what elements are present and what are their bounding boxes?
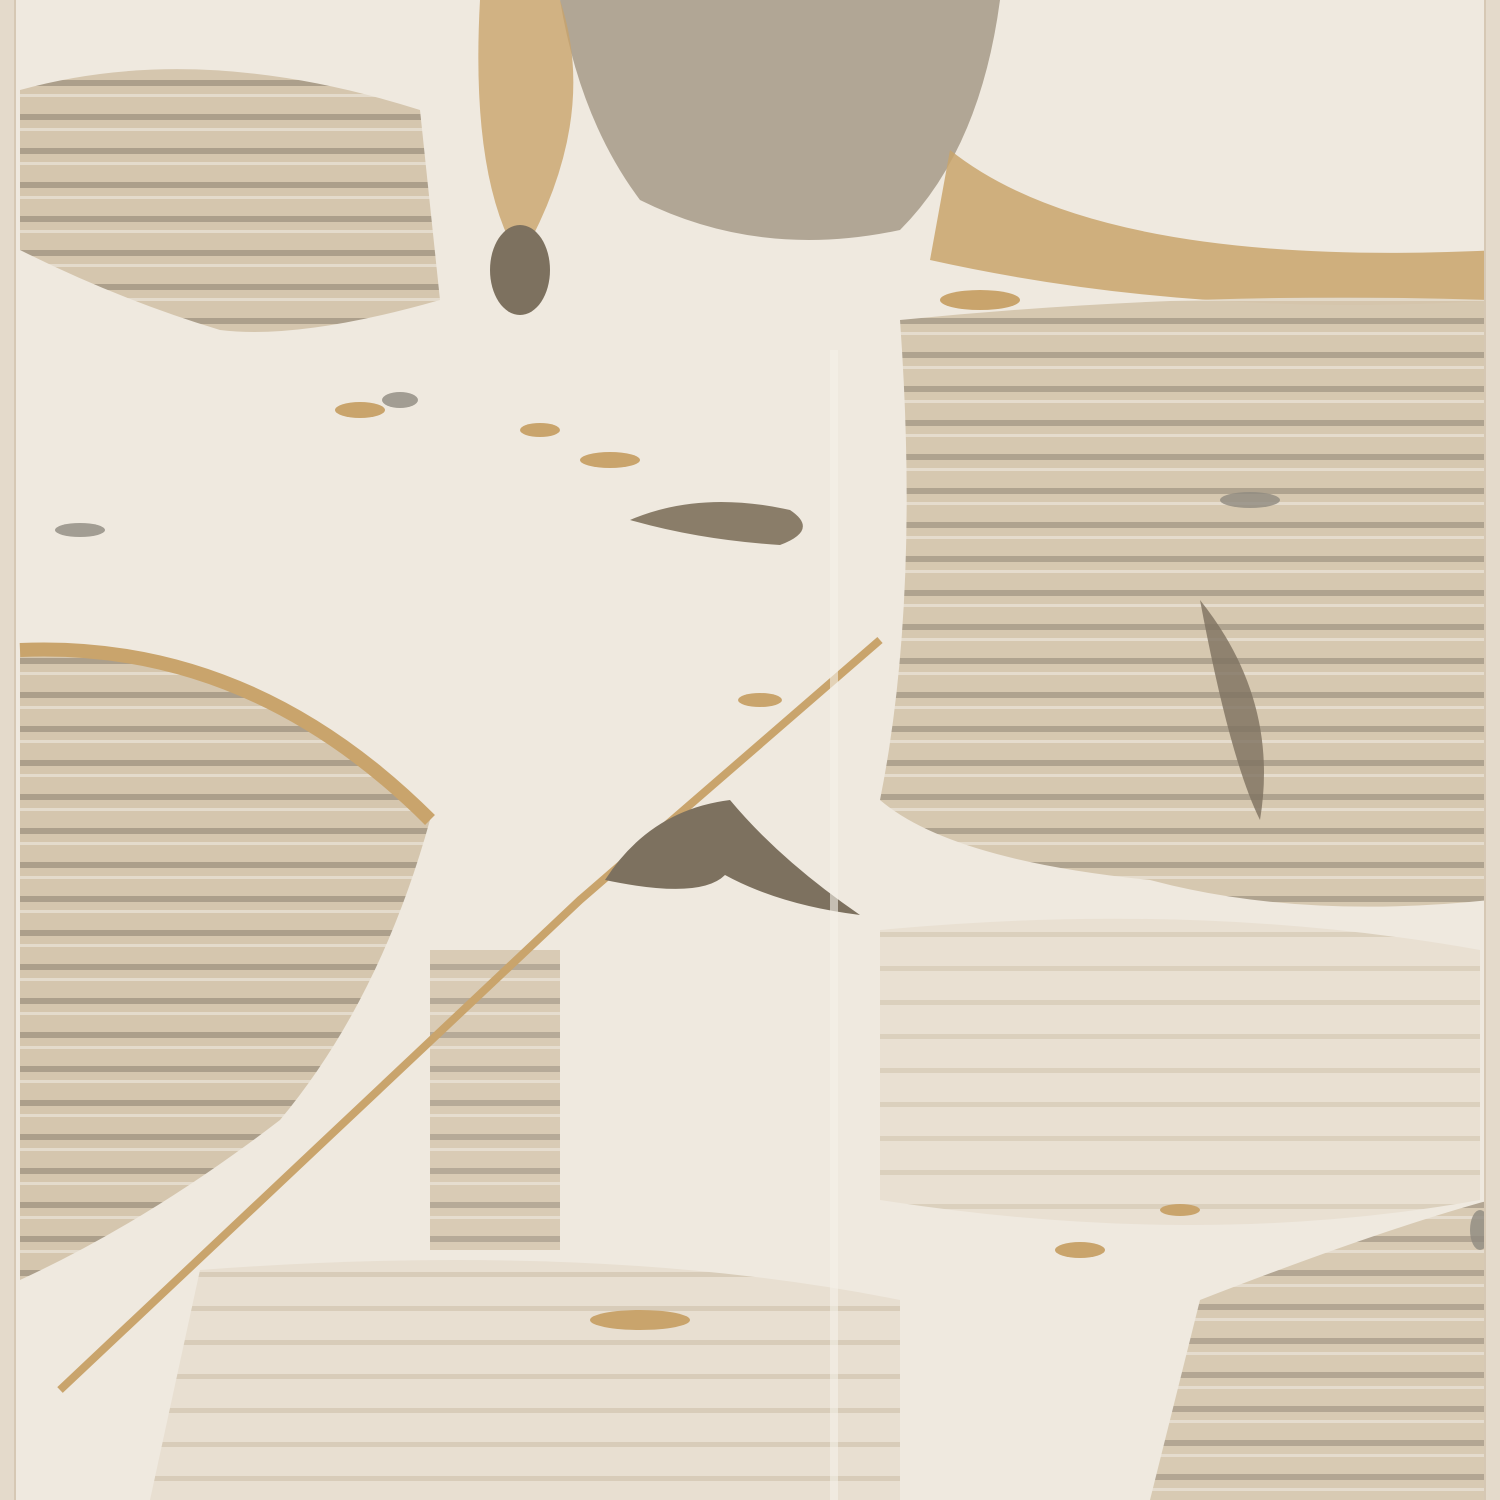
rug-image <box>0 0 1500 1500</box>
rug-pattern <box>0 0 1500 1500</box>
rug-binding-left <box>0 0 16 1500</box>
rug-binding-right <box>1484 0 1500 1500</box>
